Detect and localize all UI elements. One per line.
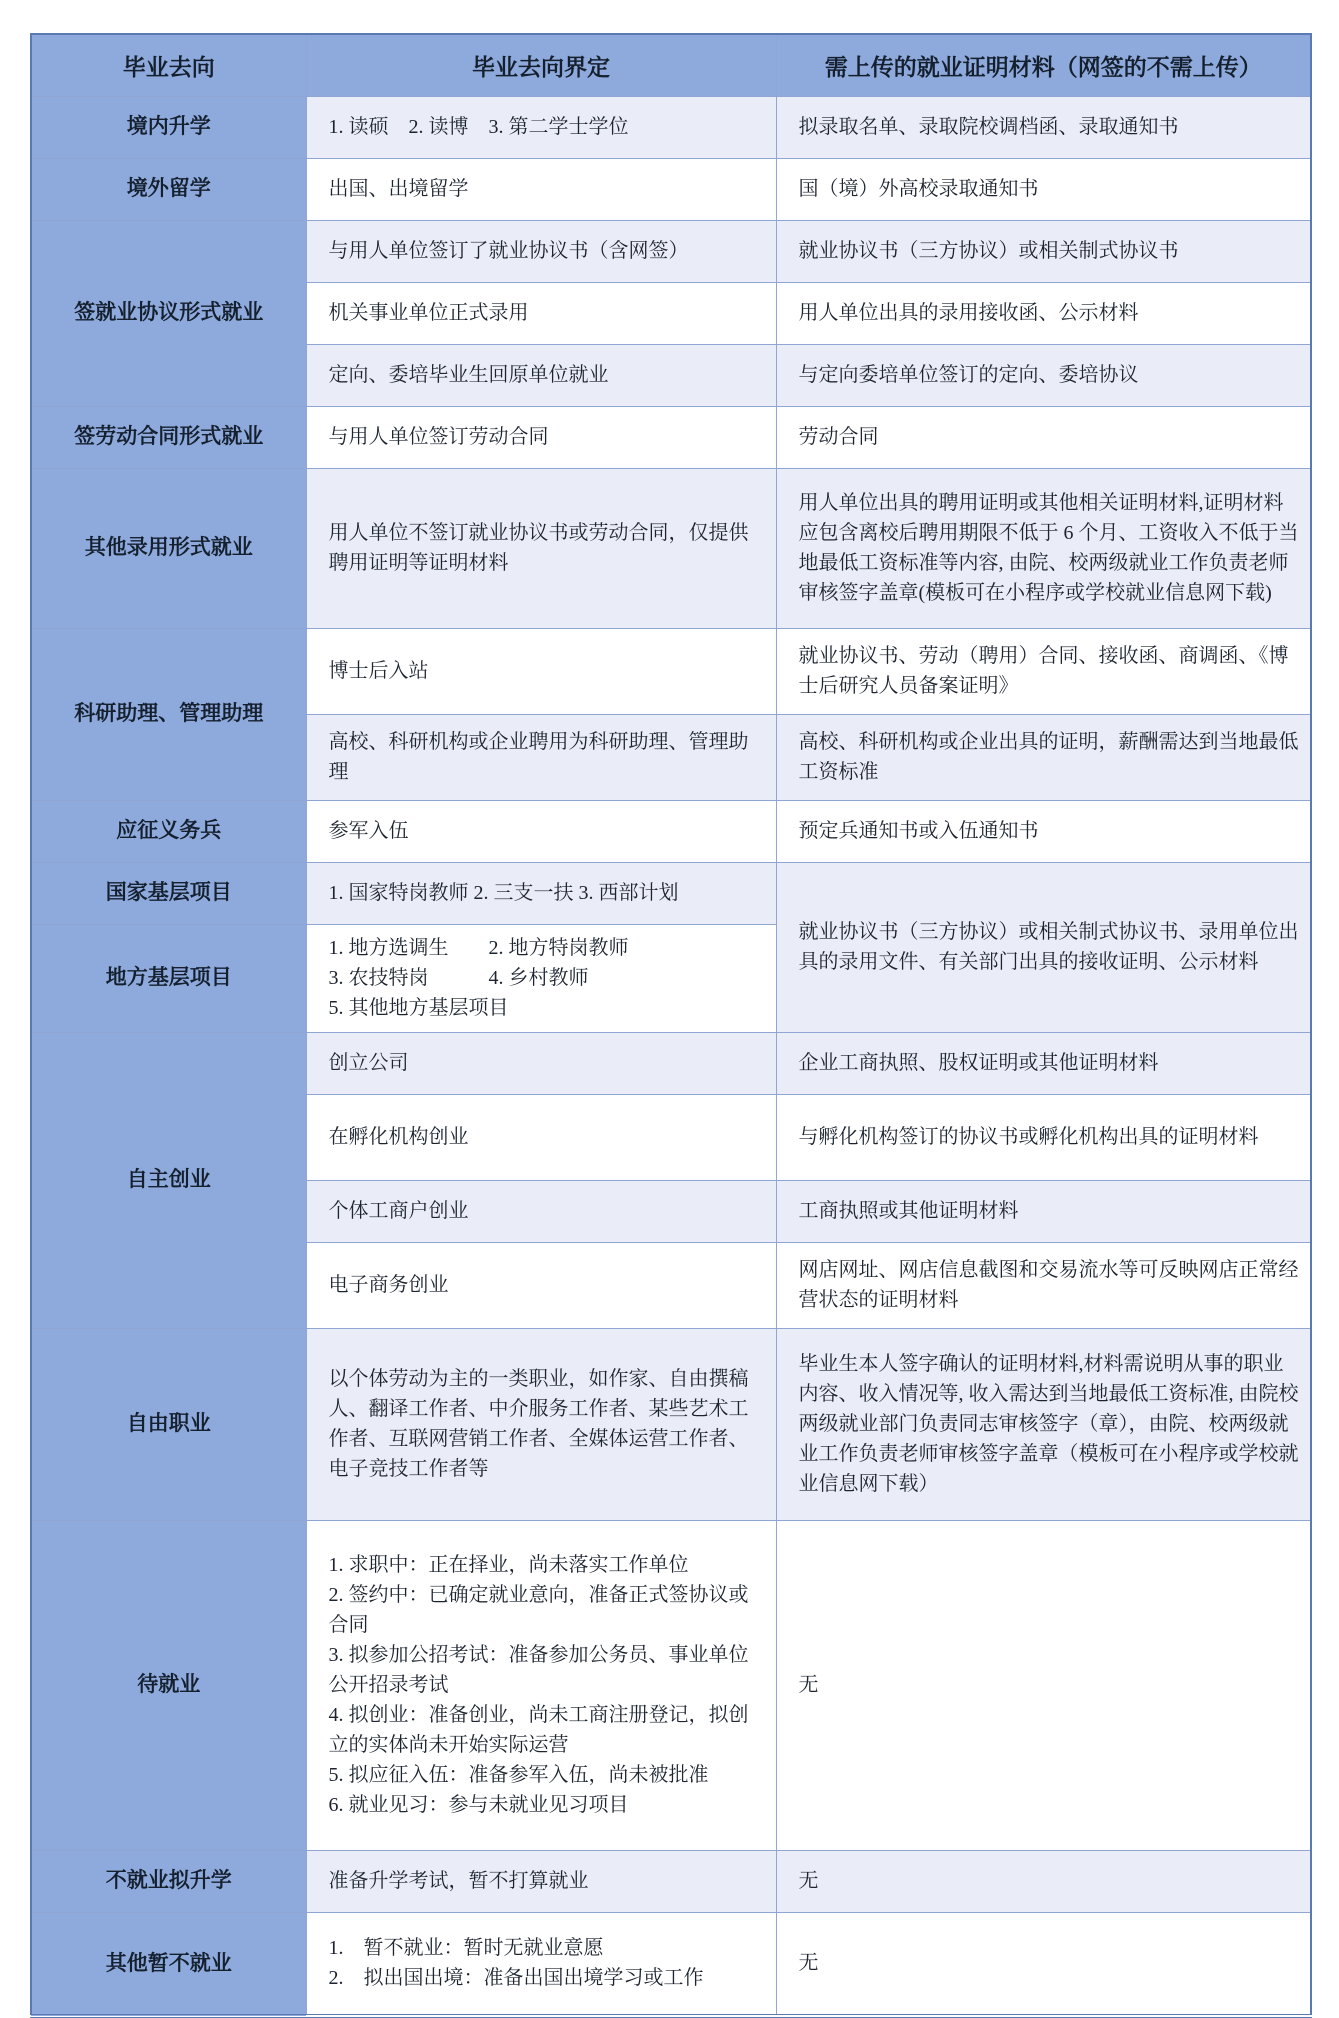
category-cell: 应征义务兵 xyxy=(31,800,306,862)
materials-cell: 预定兵通知书或入伍通知书 xyxy=(776,800,1311,862)
materials-cell: 就业协议书（三方协议）或相关制式协议书 xyxy=(776,220,1311,282)
definition-cell: 1. 读硕 2. 读博 3. 第二学士学位 xyxy=(306,96,776,158)
table-row: 其他暂不就业1. 暂不就业：暂时无就业意愿 2. 拟出国出境：准备出国出境学习或… xyxy=(31,1912,1311,2016)
materials-cell: 无 xyxy=(776,1850,1311,1912)
table-row: 签就业协议形式就业与用人单位签订了就业协议书（含网签）就业协议书（三方协议）或相… xyxy=(31,220,1311,282)
definition-cell: 1. 地方选调生 2. 地方特岗教师 3. 农技特岗 4. 乡村教师 5. 其他… xyxy=(306,924,776,1032)
table-row: 应征义务兵参军入伍预定兵通知书或入伍通知书 xyxy=(31,800,1311,862)
table-row: 自由职业以个体劳动为主的一类职业，如作家、自由撰稿人、翻译工作者、中介服务工作者… xyxy=(31,1328,1311,1520)
definition-cell: 1. 求职中：正在择业，尚未落实工作单位 2. 签约中：已确定就业意向，准备正式… xyxy=(306,1520,776,1850)
materials-cell: 网店网址、网店信息截图和交易流水等可反映网店正常经营状态的证明材料 xyxy=(776,1242,1311,1328)
table-header: 毕业去向 毕业去向界定 需上传的就业证明材料（网签的不需上传） xyxy=(31,34,1311,96)
category-cell: 自主创业 xyxy=(31,1032,306,1328)
definition-cell: 定向、委培毕业生回原单位就业 xyxy=(306,344,776,406)
table-body: 境内升学1. 读硕 2. 读博 3. 第二学士学位拟录取名单、录取院校调档函、录… xyxy=(31,96,1311,2016)
category-cell: 境外留学 xyxy=(31,158,306,220)
definition-cell: 以个体劳动为主的一类职业，如作家、自由撰稿人、翻译工作者、中介服务工作者、某些艺… xyxy=(306,1328,776,1520)
materials-cell: 国（境）外高校录取通知书 xyxy=(776,158,1311,220)
definition-cell: 与用人单位签订了就业协议书（含网签） xyxy=(306,220,776,282)
materials-cell: 拟录取名单、录取院校调档函、录取通知书 xyxy=(776,96,1311,158)
table-row: 不就业拟升学准备升学考试，暂不打算就业无 xyxy=(31,1850,1311,1912)
definition-cell: 电子商务创业 xyxy=(306,1242,776,1328)
category-cell: 地方基层项目 xyxy=(31,924,306,1032)
table-row: 签劳动合同形式就业与用人单位签订劳动合同劳动合同 xyxy=(31,406,1311,468)
table-row: 境外留学出国、出境留学国（境）外高校录取通知书 xyxy=(31,158,1311,220)
materials-cell: 毕业生本人签字确认的证明材料,材料需说明从事的职业内容、收入情况等, 收入需达到… xyxy=(776,1328,1311,1520)
header-destination: 毕业去向 xyxy=(31,34,306,96)
definition-cell: 出国、出境留学 xyxy=(306,158,776,220)
definition-cell: 机关事业单位正式录用 xyxy=(306,282,776,344)
category-cell: 不就业拟升学 xyxy=(31,1850,306,1912)
category-cell: 其他暂不就业 xyxy=(31,1912,306,2016)
materials-cell: 与定向委培单位签订的定向、委培协议 xyxy=(776,344,1311,406)
materials-cell: 用人单位出具的聘用证明或其他相关证明材料,证明材料应包含离校后聘用期限不低于 6… xyxy=(776,468,1311,628)
materials-cell: 就业协议书、劳动（聘用）合同、接收函、商调函、《博士后研究人员备案证明》 xyxy=(776,628,1311,714)
table-row: 国家基层项目1. 国家特岗教师 2. 三支一扶 3. 西部计划就业协议书（三方协… xyxy=(31,862,1311,924)
category-cell: 其他录用形式就业 xyxy=(31,468,306,628)
definition-cell: 高校、科研机构或企业聘用为科研助理、管理助理 xyxy=(306,714,776,800)
header-definition: 毕业去向界定 xyxy=(306,34,776,96)
header-row: 毕业去向 毕业去向界定 需上传的就业证明材料（网签的不需上传） xyxy=(31,34,1311,96)
materials-cell: 就业协议书（三方协议）或相关制式协议书、录用单位出具的录用文件、有关部门出具的接… xyxy=(776,862,1311,1032)
header-materials: 需上传的就业证明材料（网签的不需上传） xyxy=(776,34,1311,96)
graduation-destination-table: 毕业去向 毕业去向界定 需上传的就业证明材料（网签的不需上传） 境内升学1. 读… xyxy=(30,33,1312,2018)
table-row: 待就业1. 求职中：正在择业，尚未落实工作单位 2. 签约中：已确定就业意向，准… xyxy=(31,1520,1311,1850)
definition-cell: 用人单位不签订就业协议书或劳动合同，仅提供聘用证明等证明材料 xyxy=(306,468,776,628)
materials-cell: 企业工商执照、股权证明或其他证明材料 xyxy=(776,1032,1311,1094)
table-row: 自主创业创立公司企业工商执照、股权证明或其他证明材料 xyxy=(31,1032,1311,1094)
document-page: 毕业去向 毕业去向界定 需上传的就业证明材料（网签的不需上传） 境内升学1. 读… xyxy=(0,0,1339,2015)
definition-cell: 1. 暂不就业：暂时无就业意愿 2. 拟出国出境：准备出国出境学习或工作 xyxy=(306,1912,776,2016)
category-cell: 境内升学 xyxy=(31,96,306,158)
table-row: 其他录用形式就业用人单位不签订就业协议书或劳动合同，仅提供聘用证明等证明材料用人… xyxy=(31,468,1311,628)
materials-cell: 无 xyxy=(776,1520,1311,1850)
materials-cell: 劳动合同 xyxy=(776,406,1311,468)
definition-cell: 1. 国家特岗教师 2. 三支一扶 3. 西部计划 xyxy=(306,862,776,924)
category-cell: 科研助理、管理助理 xyxy=(31,628,306,800)
category-cell: 签劳动合同形式就业 xyxy=(31,406,306,468)
definition-cell: 创立公司 xyxy=(306,1032,776,1094)
materials-cell: 用人单位出具的录用接收函、公示材料 xyxy=(776,282,1311,344)
table-row: 科研助理、管理助理博士后入站就业协议书、劳动（聘用）合同、接收函、商调函、《博士… xyxy=(31,628,1311,714)
materials-cell: 工商执照或其他证明材料 xyxy=(776,1180,1311,1242)
definition-cell: 博士后入站 xyxy=(306,628,776,714)
category-cell: 自由职业 xyxy=(31,1328,306,1520)
definition-cell: 与用人单位签订劳动合同 xyxy=(306,406,776,468)
materials-cell: 无 xyxy=(776,1912,1311,2016)
definition-cell: 个体工商户创业 xyxy=(306,1180,776,1242)
category-cell: 国家基层项目 xyxy=(31,862,306,924)
table-row: 境内升学1. 读硕 2. 读博 3. 第二学士学位拟录取名单、录取院校调档函、录… xyxy=(31,96,1311,158)
definition-cell: 在孵化机构创业 xyxy=(306,1094,776,1180)
materials-cell: 与孵化机构签订的协议书或孵化机构出具的证明材料 xyxy=(776,1094,1311,1180)
category-cell: 待就业 xyxy=(31,1520,306,1850)
category-cell: 签就业协议形式就业 xyxy=(31,220,306,406)
materials-cell: 高校、科研机构或企业出具的证明，薪酬需达到当地最低工资标准 xyxy=(776,714,1311,800)
definition-cell: 准备升学考试，暂不打算就业 xyxy=(306,1850,776,1912)
definition-cell: 参军入伍 xyxy=(306,800,776,862)
